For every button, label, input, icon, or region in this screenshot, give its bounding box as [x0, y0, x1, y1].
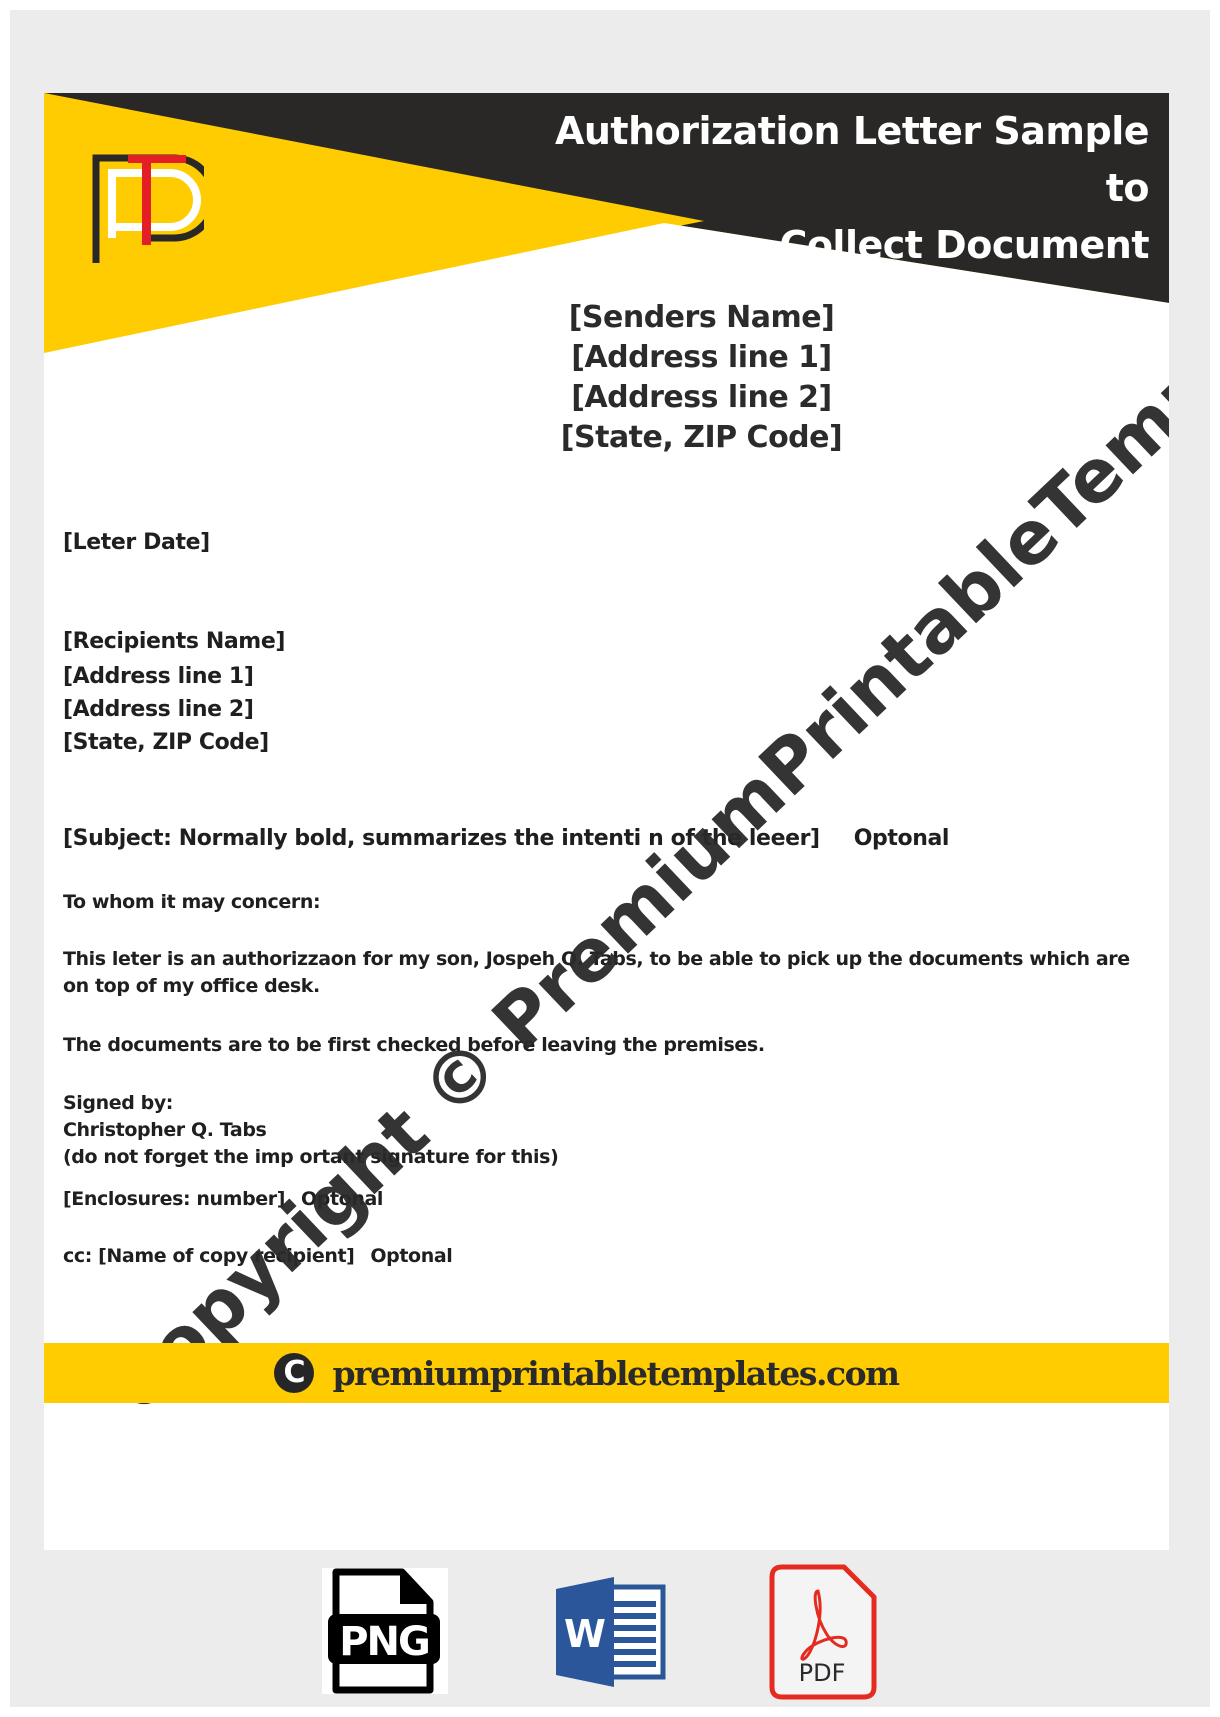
letter-page: Authorization Letter Sample to Collect D… — [44, 93, 1169, 1550]
title-line-1: Authorization Letter Sample to — [509, 103, 1149, 217]
subject-line: [Subject: Normally bold, summarizes the … — [63, 826, 1145, 851]
ppt-logo-icon — [74, 133, 204, 263]
recipient-block: [Recipients Name] [Address line 1] [Addr… — [63, 625, 1145, 759]
recipient-address-2: [Address line 2] — [63, 693, 1145, 726]
svg-text:PNG: PNG — [339, 1619, 429, 1665]
signer-name: Christopher Q. Tabs — [63, 1117, 1145, 1144]
png-file-icon[interactable]: PNG — [322, 1568, 448, 1694]
body-paragraph-1: This leter is an authorizzaon for my son… — [63, 946, 1145, 1000]
cc-optional-label: Optonal — [370, 1245, 452, 1267]
sender-state-zip: [State, ZIP Code] — [44, 418, 1169, 458]
svg-text:W: W — [564, 1612, 606, 1656]
cc-text: cc: [Name of copy recipient] — [63, 1245, 354, 1267]
pdf-file-icon[interactable]: PDF — [768, 1563, 880, 1701]
footer-website[interactable]: premiumprintabletemplates.com — [332, 1354, 898, 1393]
para1-line-1: This leter is an authorizzaon for my son… — [63, 946, 1145, 973]
title-line-2: Collect Document — [509, 217, 1149, 274]
letter-date: [Leter Date] — [63, 530, 1145, 555]
signature-note: (do not forget the imp ortant signature … — [63, 1144, 1145, 1171]
document-title: Authorization Letter Sample to Collect D… — [509, 103, 1149, 274]
sender-address-2: [Address line 2] — [44, 378, 1169, 418]
copyright-icon: C — [274, 1353, 314, 1393]
subject-optional-label: Optonal — [854, 826, 949, 851]
signature-block: Signed by: Christopher Q. Tabs (do not f… — [63, 1090, 1145, 1171]
sender-name: [Senders Name] — [44, 298, 1169, 338]
download-formats: PNG W PDF — [0, 1563, 1220, 1703]
enclosures-line: [Enclosures: number]Optonal — [63, 1186, 1145, 1213]
recipient-state-zip: [State, ZIP Code] — [63, 726, 1145, 759]
cc-line: cc: [Name of copy recipient]Optonal — [63, 1243, 1145, 1270]
enclosures-optional-label: Optonal — [301, 1188, 383, 1210]
recipient-name: [Recipients Name] — [63, 625, 1145, 658]
enclosures-text: [Enclosures: number] — [63, 1188, 285, 1210]
signed-by-label: Signed by: — [63, 1090, 1145, 1117]
greeting: To whom it may concern: — [63, 889, 1145, 916]
body-paragraph-2: The documents are to be first checked be… — [63, 1032, 1145, 1059]
subject-text: [Subject: Normally bold, summarizes the … — [63, 826, 820, 851]
recipient-address-1: [Address line 1] — [63, 660, 1145, 693]
svg-text:PDF: PDF — [799, 1659, 846, 1687]
word-doc-icon[interactable]: W — [552, 1575, 670, 1689]
footer-band: C premiumprintabletemplates.com — [44, 1343, 1169, 1403]
sender-address-1: [Address line 1] — [44, 338, 1169, 378]
para1-line-2: on top of my office desk. — [63, 973, 1145, 1000]
sender-block: [Senders Name] [Address line 1] [Address… — [44, 298, 1169, 458]
